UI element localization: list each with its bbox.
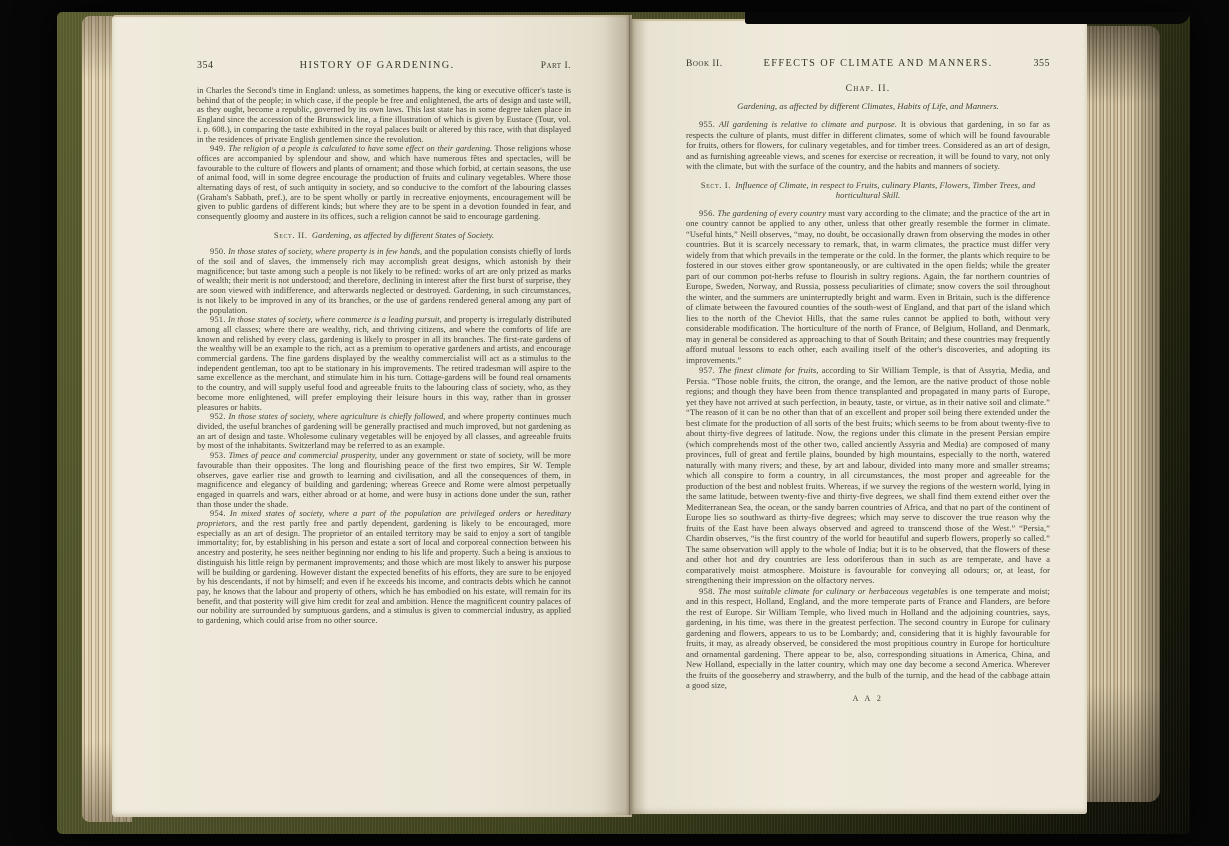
section-label: Sect. II. <box>274 230 308 240</box>
section-label: Sect. I. <box>701 180 731 190</box>
paragraph-text: according to Sir William Temple, is that… <box>686 365 1050 585</box>
paragraph-text: and the population consists chiefly of l… <box>197 247 571 314</box>
paragraph-text: in Charles the Second's time in England:… <box>197 86 571 144</box>
paragraph-number: 954. <box>210 509 226 518</box>
right-page-content: Book II. EFFECTS OF CLIMATE AND MANNERS.… <box>686 58 1050 704</box>
paragraph-lead: The religion of a people is calculated t… <box>228 144 492 153</box>
paragraph-lead: In those states of society, where commer… <box>228 315 442 324</box>
paragraph-958: 958. The most suitable climate for culin… <box>686 586 1050 691</box>
section-heading-i: Sect. I. Influence of Climate, in respec… <box>696 180 1040 201</box>
paragraph-lead: The most suitable climate for culinary o… <box>718 586 948 596</box>
paragraph-number: 951. <box>210 315 226 324</box>
paragraph-text: Those religions whose offices are accomp… <box>197 144 571 221</box>
paragraph-lead: In those states of society, where proper… <box>228 247 422 256</box>
paragraph-lead: The finest climate for fruits, <box>718 365 818 375</box>
paragraph-lead: In those states of society, where agricu… <box>228 412 445 421</box>
left-part-label: Part I. <box>541 61 571 71</box>
chapter-label: Chap. II. <box>686 83 1050 94</box>
paragraph-number: 950. <box>210 247 226 256</box>
paragraph-number: 952. <box>210 412 226 421</box>
paragraph-949: 949. The religion of a people is calcula… <box>197 144 571 222</box>
paragraph-number: 955. <box>699 119 715 129</box>
printer-signature-mark: A A 2 <box>686 694 1050 705</box>
right-fore-edge <box>1087 26 1160 802</box>
paragraph-948-continuation: in Charles the Second's time in England:… <box>197 86 571 144</box>
paragraph-text: and property is irregularly distributed … <box>197 315 571 411</box>
section-title: Gardening, as affected by different Stat… <box>312 230 494 240</box>
paragraph-951: 951. In those states of society, where c… <box>197 315 571 412</box>
paragraph-lead: All gardening is relative to climate and… <box>719 119 897 129</box>
paragraph-955: 955. All gardening is relative to climat… <box>686 119 1050 172</box>
left-page-content: 354 HISTORY OF GARDENING. Part I. in Cha… <box>197 60 571 626</box>
right-page-body: 955. All gardening is relative to climat… <box>686 119 1050 704</box>
right-book-label: Book II. <box>686 59 723 69</box>
top-right-shadow <box>745 12 1190 24</box>
paragraph-lead: Times of peace and commercial prosperity… <box>229 451 377 460</box>
paragraph-number: 949. <box>210 144 226 153</box>
paragraph-text: and the rest partly free and partly depe… <box>197 519 571 625</box>
left-running-title: HISTORY OF GARDENING. <box>300 60 455 71</box>
chapter-title: Gardening, as affected by different Clim… <box>686 101 1050 111</box>
paragraph-number: 956. <box>699 208 715 218</box>
paragraph-957: 957. The finest climate for fruits, acco… <box>686 365 1050 586</box>
right-page-header: Book II. EFFECTS OF CLIMATE AND MANNERS.… <box>686 58 1050 69</box>
left-page-header: 354 HISTORY OF GARDENING. Part I. <box>197 60 571 71</box>
paragraph-952: 952. In those states of society, where a… <box>197 412 571 451</box>
gutter-crease <box>629 15 630 815</box>
paragraph-number: 953. <box>210 451 226 460</box>
left-page-number: 354 <box>197 60 214 71</box>
paragraph-950: 950. In those states of society, where p… <box>197 247 571 315</box>
right-running-title: EFFECTS OF CLIMATE AND MANNERS. <box>764 58 993 69</box>
paragraph-954: 954. In mixed states of society, where a… <box>197 509 571 625</box>
paragraph-956: 956. The gardening of every country must… <box>686 208 1050 366</box>
paragraph-text: must vary according to the climate; and … <box>686 208 1050 365</box>
section-title: Influence of Climate, in respect to Frui… <box>735 180 1035 201</box>
book-photograph: 354 HISTORY OF GARDENING. Part I. in Cha… <box>0 0 1229 846</box>
paragraph-lead: The gardening of every country <box>717 208 826 218</box>
paragraph-953: 953. Times of peace and commercial prosp… <box>197 451 571 509</box>
section-heading-ii: Sect. II. Gardening, as affected by diff… <box>207 230 561 241</box>
left-page-body: in Charles the Second's time in England:… <box>197 86 571 626</box>
paragraph-number: 958. <box>699 586 715 596</box>
right-page-number: 355 <box>1034 58 1051 69</box>
paragraph-number: 957. <box>699 365 715 375</box>
paragraph-text: is one temperate and moist; and in this … <box>686 586 1050 691</box>
